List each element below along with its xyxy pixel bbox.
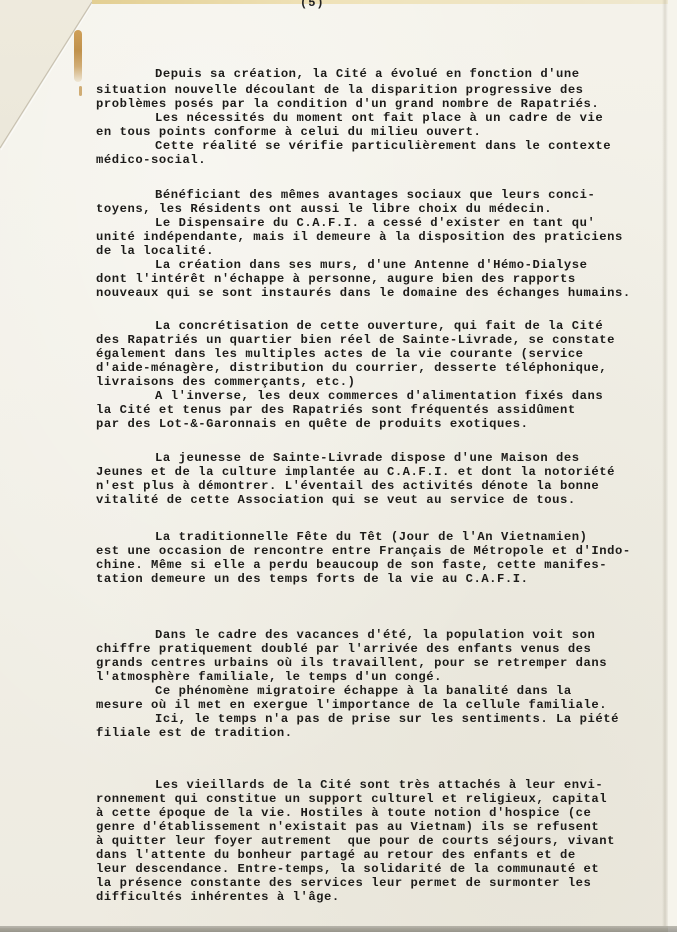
text-line: des Rapatriés un quartier bien réel de S… (96, 333, 615, 347)
text-line: de la localité. (96, 244, 214, 258)
text-line: Cette réalité se vérifie particulièremen… (155, 139, 611, 153)
text-line: dont l'intérêt n'échappe à personne, aug… (96, 272, 576, 286)
text-line: n'est plus à démontrer. L'éventail des a… (96, 479, 599, 493)
text-line: toyens, les Résidents ont aussi le libre… (96, 202, 552, 216)
text-line: ronnement qui constitue un support cultu… (96, 792, 607, 806)
text-line: genre d'établissement n'existait pas au … (96, 820, 599, 834)
text-line: Depuis sa création, la Cité a évolué en … (155, 67, 580, 81)
text-line: en tous points conforme à celui du milie… (96, 125, 481, 139)
text-line: Bénéficiant des mêmes avantages sociaux … (155, 188, 595, 202)
text-line: à quitter leur foyer autrement que pour … (96, 834, 615, 848)
text-line: d'aide-ménagère, distribution du courrie… (96, 361, 607, 375)
text-line: chine. Même si elle a perdu beaucoup de … (96, 558, 607, 572)
text-line: La jeunesse de Sainte-Livrade dispose d'… (155, 451, 580, 465)
text-line: difficultés inhérentes à l'âge. (96, 890, 340, 904)
text-line: à cette époque de la vie. Hostiles à tou… (96, 806, 591, 820)
text-line: Jeunes et de la culture implantée au C.A… (96, 465, 615, 479)
text-line: La concrétisation de cette ouverture, qu… (155, 319, 603, 333)
text-line: filiale est de tradition. (96, 726, 293, 740)
text-line: par des Lot-&-Garonnais en quête de prod… (96, 417, 529, 431)
text-line: grands centres urbains où ils travaillen… (96, 656, 607, 670)
text-line: également dans les multiples actes de la… (96, 347, 584, 361)
scanned-document: (5) Depuis sa création, la Cité a évolué… (0, 0, 677, 932)
text-line: problèmes posés par la condition d'un gr… (96, 97, 599, 111)
text-line: nouveaux qui se sont instaurés dans le d… (96, 286, 631, 300)
text-line: mesure où il met en exergue l'importance… (96, 698, 607, 712)
text-line: Les nécessités du moment ont fait place … (155, 111, 603, 125)
text-line: chiffre pratiquement doublé par l'arrivé… (96, 642, 591, 656)
text-line: Ici, le temps n'a pas de prise sur les s… (155, 712, 619, 726)
text-line: livraisons des commerçants, etc.) (96, 375, 356, 389)
text-line: médico-social. (96, 153, 206, 167)
text-line: leur descendance. Entre-temps, la solida… (96, 862, 599, 876)
text-line: Dans le cadre des vacances d'été, la pop… (155, 628, 595, 642)
text-line: situation nouvelle découlant de la dispa… (96, 83, 584, 97)
text-line: la Cité et tenus par des Rapatriés sont … (96, 403, 576, 417)
text-line: dans l'attente du bonheur partagé au ret… (96, 848, 576, 862)
typewritten-text: Depuis sa création, la Cité a évolué en … (0, 0, 677, 932)
text-line: La traditionnelle Fête du Têt (Jour de l… (155, 530, 588, 544)
text-line: Les vieillards de la Cité sont très atta… (155, 778, 603, 792)
text-line: La création dans ses murs, d'une Antenne… (155, 258, 588, 272)
text-line: la présence constante des services leur … (96, 876, 591, 890)
text-line: est une occasion de rencontre entre Fran… (96, 544, 631, 558)
text-line: unité indépendante, mais il demeure à la… (96, 230, 623, 244)
text-line: vitalité de cette Association qui se veu… (96, 493, 576, 507)
text-line: l'atmosphère familiale, le temps d'un co… (96, 670, 442, 684)
text-line: A l'inverse, les deux commerces d'alimen… (155, 389, 603, 403)
text-line: Le Dispensaire du C.A.F.I. a cessé d'exi… (155, 216, 595, 230)
text-line: Ce phénomène migratoire échappe à la ban… (155, 684, 572, 698)
text-line: tation demeure un des temps forts de la … (96, 572, 529, 586)
